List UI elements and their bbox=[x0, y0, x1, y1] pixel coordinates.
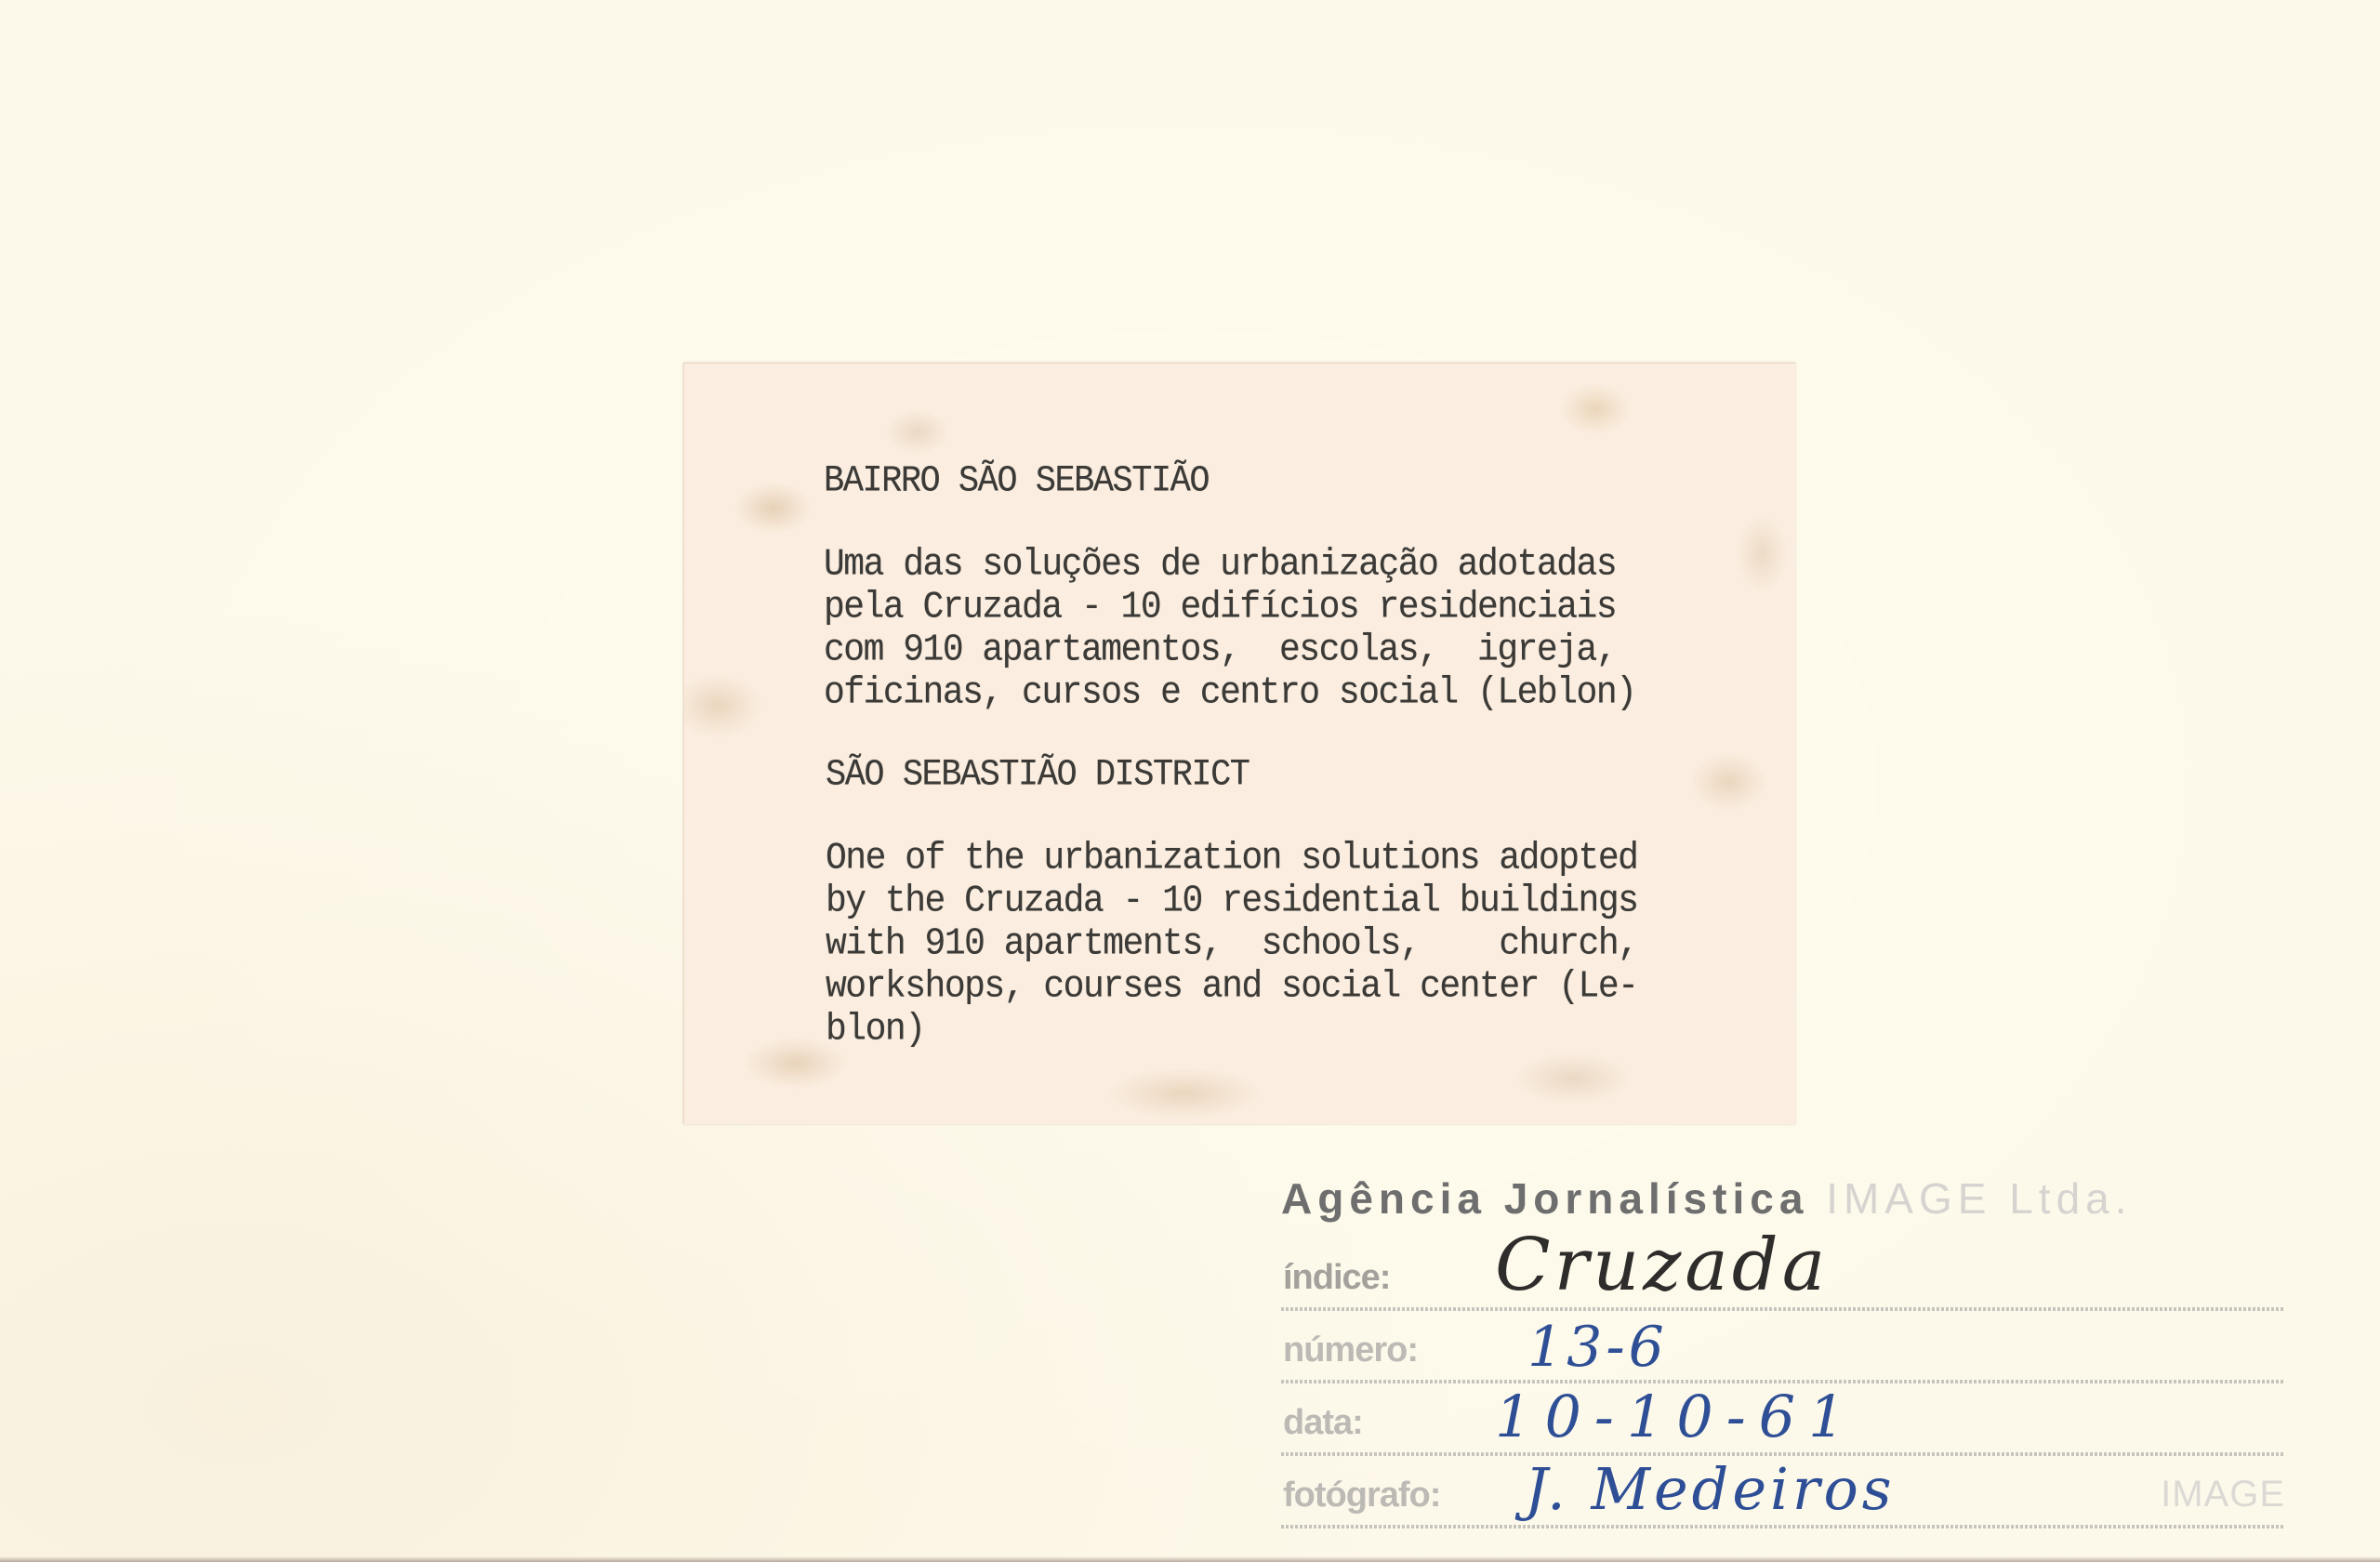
portuguese-body-line-1: Uma das soluções de urbanização adotadas bbox=[824, 542, 1616, 589]
english-body-line-3: with 910 apartments, schools, church, bbox=[826, 921, 1637, 968]
stamp-row-data: data: 10-10-61 bbox=[1281, 1383, 2285, 1456]
numero-value: 13-6 bbox=[1527, 1315, 1668, 1380]
agency-name-faded: IMAGE Ltda. bbox=[1826, 1174, 2132, 1223]
agency-stamp-header: Agência Jornalística IMAGE Ltda. bbox=[1281, 1173, 2133, 1224]
indice-label: índice: bbox=[1283, 1258, 1390, 1298]
stamp-row-numero: número: 13-6 bbox=[1281, 1311, 2285, 1383]
fotografo-rule bbox=[1281, 1525, 2285, 1529]
photo-bottom-edge bbox=[0, 1556, 2380, 1562]
image-stamp-mark: IMAGE bbox=[2161, 1474, 2285, 1516]
fotografo-value: J. Medeiros bbox=[1525, 1455, 1896, 1523]
stamp-row-indice: índice: Cruzada bbox=[1281, 1238, 2285, 1311]
portuguese-body-line-4: oficinas, cursos e centro social (Leblon… bbox=[824, 670, 1635, 717]
english-title: SÃO SEBASTIÃO DISTRICT bbox=[826, 752, 1249, 799]
english-body-line-4: workshops, courses and social center (Le… bbox=[826, 964, 1637, 1011]
data-label: data: bbox=[1283, 1403, 1363, 1443]
caption-card: BAIRRO SÃO SEBASTIÃO Uma das soluções de… bbox=[683, 363, 1795, 1124]
english-body-line-5: blon) bbox=[826, 1007, 925, 1053]
numero-label: número: bbox=[1283, 1330, 1418, 1370]
agency-name: Agência Jornalística bbox=[1281, 1174, 1826, 1223]
data-value: 10-10-61 bbox=[1495, 1383, 1858, 1450]
english-body-line-1: One of the urbanization solutions adopte… bbox=[826, 836, 1637, 882]
english-body-line-2: by the Cruzada - 10 residential building… bbox=[826, 879, 1637, 925]
portuguese-body-line-2: pela Cruzada - 10 edifícios residenciais bbox=[824, 585, 1616, 631]
agency-stamp: Agência Jornalística IMAGE Ltda. índice:… bbox=[1281, 1173, 2285, 1545]
portuguese-title: BAIRRO SÃO SEBASTIÃO bbox=[824, 458, 1209, 505]
fotografo-label: fotógrafo: bbox=[1283, 1476, 1440, 1516]
indice-value: Cruzada bbox=[1495, 1224, 1829, 1307]
stamp-row-fotografo: fotógrafo: J. Medeiros IMAGE bbox=[1281, 1456, 2285, 1529]
portuguese-body-line-3: com 910 apartamentos, escolas, igreja, bbox=[824, 628, 1616, 674]
